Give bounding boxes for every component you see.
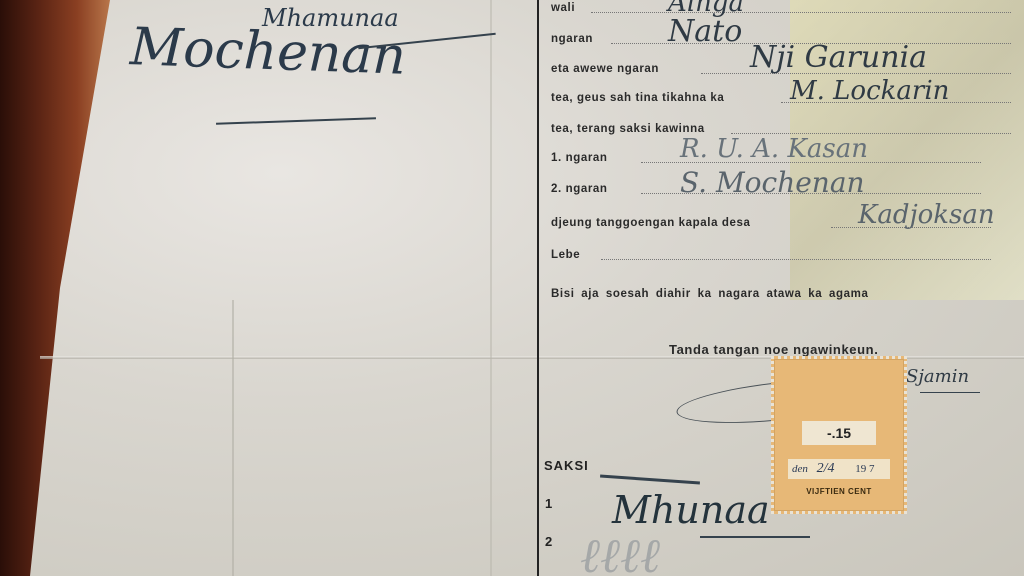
signature-underline <box>920 392 980 393</box>
form-statement: Bisi aja soesah diahir ka nagara atawa k… <box>551 288 868 300</box>
handwritten-ngaran: Nato <box>668 14 742 49</box>
stamp-denomination: VIJFTIEN CENT <box>784 487 894 496</box>
handwritten-kapala-desa: Kadjoksan <box>858 200 995 230</box>
handwritten-tikahna: M. Lockarin <box>790 76 949 106</box>
stamp-date-written: 2/4 <box>817 461 835 476</box>
form-label-kapala-desa: djeung tanggoengan kapala desa <box>551 217 750 229</box>
form-label-lebe: Lebe <box>551 249 580 261</box>
handwritten-saksi-2: S. Mochenan <box>680 166 865 199</box>
form-label-tikahna: tea, geus sah tina tikahna ka <box>551 92 724 104</box>
handwritten-saksi-1: R. U. A. Kasan <box>680 134 868 164</box>
saksi-heading: SAKSI <box>544 458 589 473</box>
form-label-wali: wali <box>551 2 575 14</box>
handwritten-awewe-ngaran: Nji Garunia <box>750 40 927 75</box>
form-label-awewe-ngaran: eta awewe ngaran <box>551 63 659 75</box>
stamp-value: -.15 <box>802 421 876 445</box>
officiant-signature: Sjamin <box>906 366 969 387</box>
saksi-number-1: 1 <box>545 496 553 511</box>
witness-signature-2: ℓℓℓℓ <box>580 528 660 576</box>
saksi-number-2: 2 <box>545 534 553 549</box>
witness-signature: Mhunaa <box>612 488 770 532</box>
dotted-line <box>591 12 1011 13</box>
dotted-line <box>601 259 991 260</box>
form-label-ngaran: ngaran <box>551 33 593 45</box>
signature-caption: Tanda tangan noe ngawinkeun. <box>669 342 878 357</box>
form-label-ngaran-2: 2. ngaran <box>551 183 608 195</box>
form-label-ngaran-1: 1. ngaran <box>551 152 608 164</box>
form-border-line <box>537 0 539 576</box>
revenue-stamp: -.15 den 2/4 19 7 VIJFTIEN CENT <box>771 356 907 514</box>
stamp-year: 19 7 <box>855 463 874 475</box>
signature-underline <box>700 536 810 538</box>
stamp-date: den 2/4 19 7 <box>788 459 890 479</box>
vertical-fold-crease <box>232 300 234 576</box>
vertical-fold-crease <box>490 0 492 576</box>
signature-small: Mhamunaa <box>262 4 399 32</box>
stamp-date-prefix: den <box>792 463 808 475</box>
